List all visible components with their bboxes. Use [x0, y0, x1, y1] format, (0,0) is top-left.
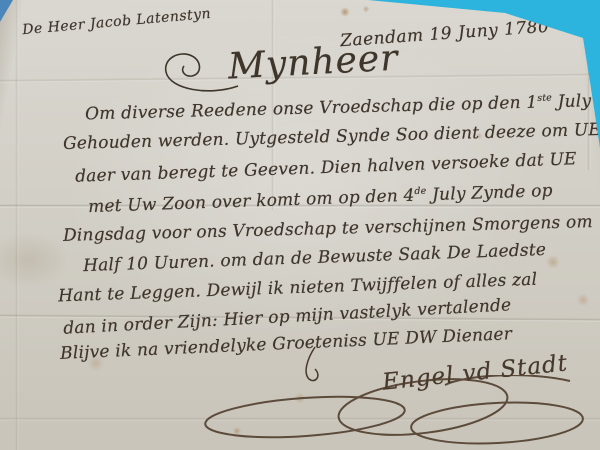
body-line-text: July Soude	[552, 90, 600, 113]
letter-paper: De Heer Jacob Latenstyn Zaendam 19 Juny …	[0, 0, 600, 450]
body-line-text: July Zynde op	[426, 181, 553, 205]
salutation: Mynheer	[227, 38, 399, 88]
addressee-line: De Heer Jacob Latenstyn	[22, 6, 212, 38]
superscript: de	[414, 186, 426, 197]
signature: Engel vd Stadt	[381, 350, 569, 395]
body-line: met Uw Zoon over komt om op den 4de July…	[88, 181, 553, 217]
salutation-text: Mynheer	[227, 38, 399, 88]
body-line-text: daer van beregt te Geeven. Dien halven v…	[75, 149, 577, 186]
body-line: Gehouden werden. Uytgesteld Synde Soo di…	[63, 120, 600, 154]
fold-crease	[0, 417, 600, 421]
fold-crease	[15, 0, 19, 450]
signature-text: Engel vd Stadt	[381, 350, 569, 395]
body-line: Half 10 Uuren. om dan de Bewuste Saak De…	[83, 240, 547, 276]
photo-of-letter: De Heer Jacob Latenstyn Zaendam 19 Juny …	[0, 0, 600, 450]
body-line: Om diverse Reedene onse Vroedschap die o…	[85, 90, 600, 125]
body-line-text: Half 10 Uuren. om dan de Bewuste Saak De…	[83, 240, 547, 276]
body-line-text: Om diverse Reedene onse Vroedschap die o…	[85, 93, 538, 125]
body-line-text: met Uw Zoon over komt om op den 4	[88, 186, 415, 217]
addressee-text: De Heer Jacob Latenstyn	[22, 6, 212, 38]
superscript: ste	[537, 93, 552, 104]
fold-crease	[587, 0, 591, 170]
body-line-text: Gehouden werden. Uytgesteld Synde Soo di…	[63, 120, 600, 154]
body-line: daer van beregt te Geeven. Dien halven v…	[75, 149, 577, 186]
